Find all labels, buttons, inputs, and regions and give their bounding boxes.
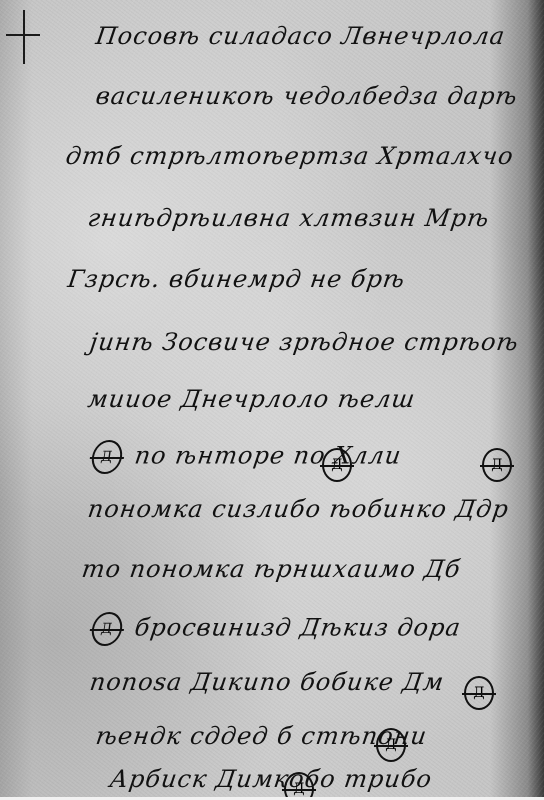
cross-vertical-stroke <box>23 10 25 64</box>
manuscript-line-8: Д по ѣнтоpe по Хлли <box>86 440 404 474</box>
line-11-text: бросвинизд Дѣкиз дора <box>133 614 463 642</box>
circled-delta-symbol-icon: Д <box>90 612 125 646</box>
manuscript-line-1: Посовѣ силадасо Лвнечрлола <box>94 22 507 50</box>
circled-delta-symbol-icon: Д <box>482 448 512 482</box>
circled-delta-symbol-icon: Д <box>284 772 314 800</box>
manuscript-line-12: попоѕа Дикипо бобике Дм <box>88 668 446 696</box>
manuscript-line-7: мииое Днечрлоло ѣелш <box>86 385 417 413</box>
cross-margin-mark-icon <box>6 10 40 64</box>
manuscript-line-5: Гзрсѣ. вбинемрд не брѣ <box>66 265 407 293</box>
manuscript-page: Посовѣ силадасо Лвнечрлола василеникоѣ ч… <box>0 0 544 800</box>
line-8-text: по ѣнтоpe по Хлли <box>133 442 403 470</box>
circled-delta-symbol-icon: Д <box>90 440 125 474</box>
manuscript-line-9: пономка сизлибо ѣобинко Ддр <box>86 495 511 523</box>
manuscript-line-10: то пономка ѣрншхаимо Дб <box>80 555 463 583</box>
cross-horizontal-stroke <box>6 34 40 36</box>
circled-delta-symbol-icon: Д <box>322 448 352 482</box>
circled-delta-symbol-icon: Д <box>464 676 494 710</box>
manuscript-line-14: Арбиск Димкобо трибо <box>108 765 434 793</box>
manuscript-line-11: Д бросвинизд Дѣкиз дора <box>86 612 463 646</box>
circled-delta-symbol-icon: Д <box>376 728 406 762</box>
manuscript-line-6: јинѣ Зосвиче зрѣдное стрѣоѣ <box>88 328 521 356</box>
manuscript-line-2: василеникоѣ чедолбедза дарѣ <box>94 82 520 110</box>
manuscript-line-4: гниѣдрѣилвна хлтвзин Мрѣ <box>86 204 491 232</box>
manuscript-line-3: дтб стрѣлтоѣертза Хрталхчо <box>64 142 516 170</box>
